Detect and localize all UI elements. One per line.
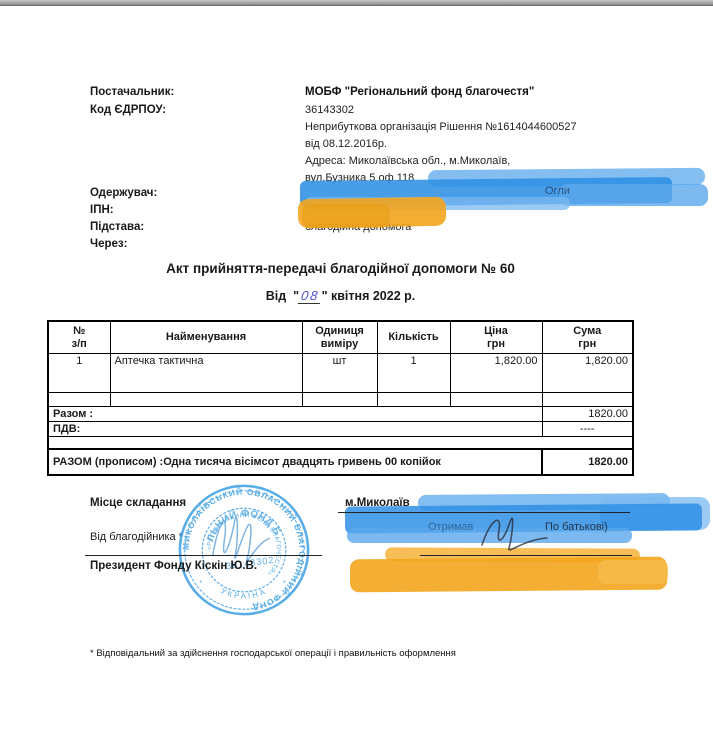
item-qty: 1: [377, 354, 450, 393]
total-row: Разом : 1820.00: [48, 407, 633, 422]
col-header-price: Цінагрн: [450, 321, 542, 354]
redacted-recipient-name-fragment: Огли: [545, 185, 570, 197]
president-name: Президент Фонду Кіскін Ю.В.: [90, 560, 257, 572]
via-label: Через:: [90, 238, 127, 250]
table-row: 1 Аптечка тактична шт 1 1,820.00 1,820.0…: [48, 354, 633, 393]
act-date-line: Від "08" квітня 2022 р.: [47, 288, 634, 304]
stamp-star-right: *: [283, 578, 286, 587]
col-header-sum: Сумагрн: [542, 321, 633, 354]
from-donor-label: Від благодійника *: [90, 531, 183, 543]
stamp-star-left: *: [199, 578, 202, 587]
edrpou-value: 36143302: [305, 104, 354, 116]
president-signature-line: [85, 555, 322, 556]
stamp-bottom-text: УКРАЇНА: [219, 586, 268, 600]
recipient-signature-scribble: [452, 500, 582, 560]
basis-label: Підстава:: [90, 221, 144, 233]
date-suffix: квітня 2022 р.: [331, 289, 415, 303]
date-prefix: Від: [266, 289, 286, 303]
total-label: Разом :: [48, 407, 542, 422]
supplier-name: МОБФ "Регіональний фонд благочестя": [305, 86, 534, 98]
grand-total-row: РАЗОМ (прописом) :Одна тисяча вісімсот д…: [48, 449, 633, 475]
responsibility-footnote: * Відповідальний за здійснення господарс…: [90, 648, 456, 659]
nonprofit-note-line1: Неприбуткова організація Рішення №161404…: [305, 121, 577, 133]
table-spacer-row: [48, 437, 633, 450]
col-header-qty: Кількість: [377, 321, 450, 354]
edrpou-label: Код ЄДРПОУ:: [90, 104, 166, 116]
grand-total-value: 1820.00: [542, 449, 633, 475]
recipient-label: Одержувач:: [90, 187, 157, 199]
total-value: 1820.00: [542, 407, 633, 422]
document-page: Постачальник: Код ЄДРПОУ: МОБФ "Регіонал…: [0, 0, 713, 753]
svg-text:УКРАЇНА: УКРАЇНА: [219, 586, 268, 600]
item-sum: 1,820.00: [542, 354, 633, 393]
place-value: м.Миколаїв: [345, 497, 410, 509]
grand-total-label: РАЗОМ (прописом) :Одна тисяча вісімсот д…: [48, 449, 542, 475]
col-header-name: Найменування: [110, 321, 302, 354]
vat-label: ПДВ:: [48, 422, 542, 437]
vat-row: ПДВ: ----: [48, 422, 633, 437]
highlight-orange-ipn-core: [302, 204, 390, 228]
vat-value: ----: [542, 422, 633, 437]
table-header-row: №з/п Найменування Одиницявиміру Кількіст…: [48, 321, 633, 354]
act-title: Акт прийняття-передачі благодійної допом…: [47, 261, 634, 276]
item-name: Аптечка тактична: [110, 354, 302, 393]
window-top-edge: [0, 0, 713, 6]
item-unit: шт: [302, 354, 377, 393]
supplier-label: Постачальник:: [90, 86, 174, 98]
nonprofit-note-line2: від 08.12.2016р.: [305, 138, 387, 150]
ipn-label: ІПН:: [90, 204, 114, 216]
handwritten-date: 08: [298, 288, 323, 304]
highlight-orange-sign-right: [598, 560, 668, 584]
address-line1: Адреса: Миколаївська обл., м.Миколаїв,: [305, 155, 510, 167]
col-header-unit: Одиницявиміру: [302, 321, 377, 354]
table-empty-row: [48, 393, 633, 407]
items-table: №з/п Найменування Одиницявиміру Кількіст…: [47, 320, 634, 476]
fund-round-stamp: МИКОЛАЇВСЬКИЙ ОБЛАСНИЙ БЛАГОДІЙНИЙ ФОНД …: [176, 482, 312, 618]
col-header-num: №з/п: [48, 321, 110, 354]
item-num: 1: [48, 354, 110, 393]
place-label: Місце складання: [90, 497, 186, 509]
highlight-blue-recipient-right: [560, 184, 708, 206]
item-price: 1,820.00: [450, 354, 542, 393]
date-close-quote: ": [322, 289, 328, 303]
